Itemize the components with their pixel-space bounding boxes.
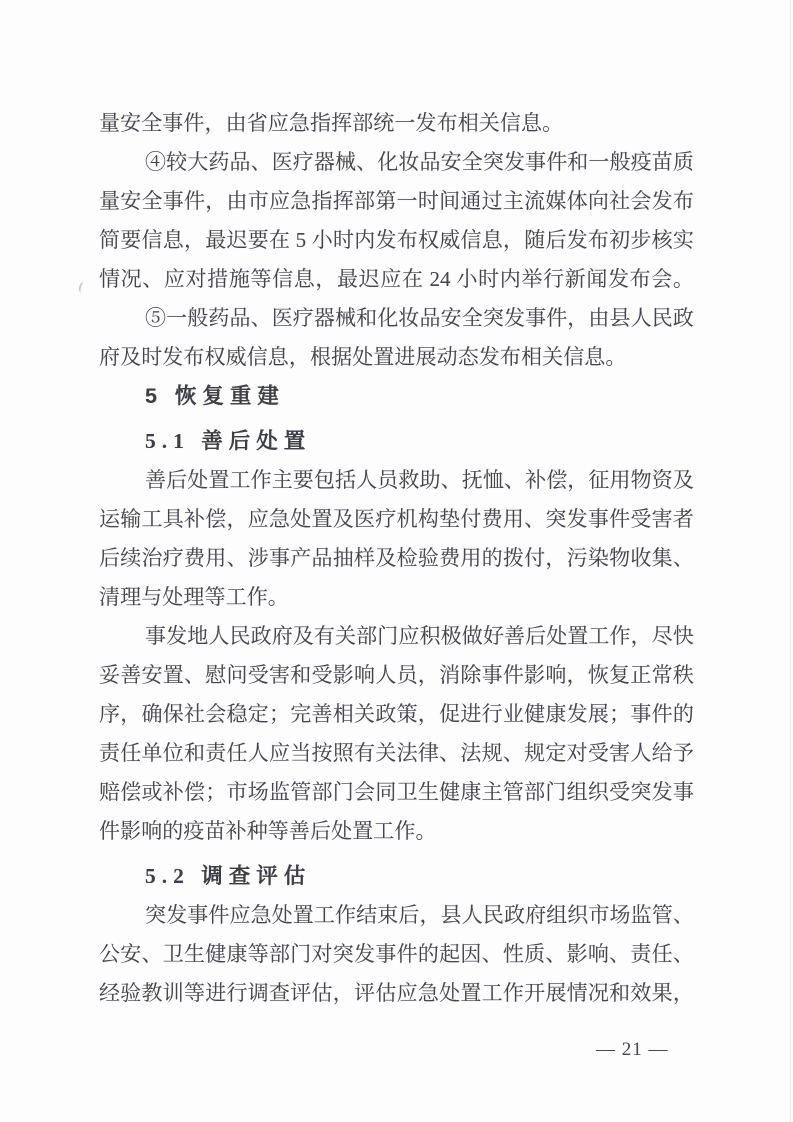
text-line: 公安、卫生健康等部门对突发事件的起因、性质、影响、责任、 <box>99 935 694 974</box>
text-line: 量安全事件，由省应急指挥部统一发布相关信息。 <box>99 104 694 143</box>
scan-artifact-mark <box>78 281 87 293</box>
text-line: 突发事件应急处置工作结束后，县人民政府组织市场监管、 <box>99 896 694 935</box>
text-line: 后续治疗费用、涉事产品抽样及检验费用的拨付，污染物收集、 <box>99 539 694 578</box>
document-page: 量安全事件，由省应急指挥部统一发布相关信息。④较大药品、医疗器械、化妆品安全突发… <box>0 0 793 1122</box>
subsection-heading: 5.2 调查评估 <box>99 857 694 896</box>
text-line: 善后处置工作主要包括人员救助、抚恤、补偿，征用物资及 <box>99 461 694 500</box>
text-line: 赔偿或补偿；市场监管部门会同卫生健康主管部门组织受突发事 <box>99 773 694 812</box>
text-line: 经验教训等进行调查评估，评估应急处置工作开展情况和效果， <box>99 974 694 1013</box>
text-line: 简要信息，最迟要在 5 小时内发布权威信息，随后发布初步核实 <box>99 221 694 260</box>
text-line: 府及时发布权威信息，根据处置进展动态发布相关信息。 <box>99 338 694 377</box>
text-line: 序，确保社会稳定；完善相关政策，促进行业健康发展；事件的 <box>99 695 694 734</box>
text-line: 运输工具补偿，应急处置及医疗机构垫付费用、突发事件受害者 <box>99 500 694 539</box>
text-line: 清理与处理等工作。 <box>99 578 694 617</box>
subsection-heading: 5.1 善后处置 <box>99 422 694 461</box>
text-line: ⑤一般药品、医疗器械和化妆品安全突发事件，由县人民政 <box>99 299 694 338</box>
text-line: 情况、应对措施等信息，最迟应在 24 小时内举行新闻发布会。 <box>99 260 694 299</box>
text-line: 妥善安置、慰问受害和受影响人员，消除事件影响，恢复正常秩 <box>99 656 694 695</box>
text-line: 责任单位和责任人应当按照有关法律、法规、规定对受害人给予 <box>99 734 694 773</box>
text-line: ④较大药品、医疗器械、化妆品安全突发事件和一般疫苗质 <box>99 143 694 182</box>
page-number: — 21 — <box>596 1039 669 1061</box>
section-heading: 5 恢复重建 <box>99 377 694 416</box>
page-edge-line <box>790 0 791 1122</box>
text-line: 事发地人民政府及有关部门应积极做好善后处置工作，尽快 <box>99 617 694 656</box>
document-body: 量安全事件，由省应急指挥部统一发布相关信息。④较大药品、医疗器械、化妆品安全突发… <box>99 104 694 1013</box>
text-line: 量安全事件，由市应急指挥部第一时间通过主流媒体向社会发布 <box>99 182 694 221</box>
text-line: 件影响的疫苗补种等善后处置工作。 <box>99 812 694 851</box>
